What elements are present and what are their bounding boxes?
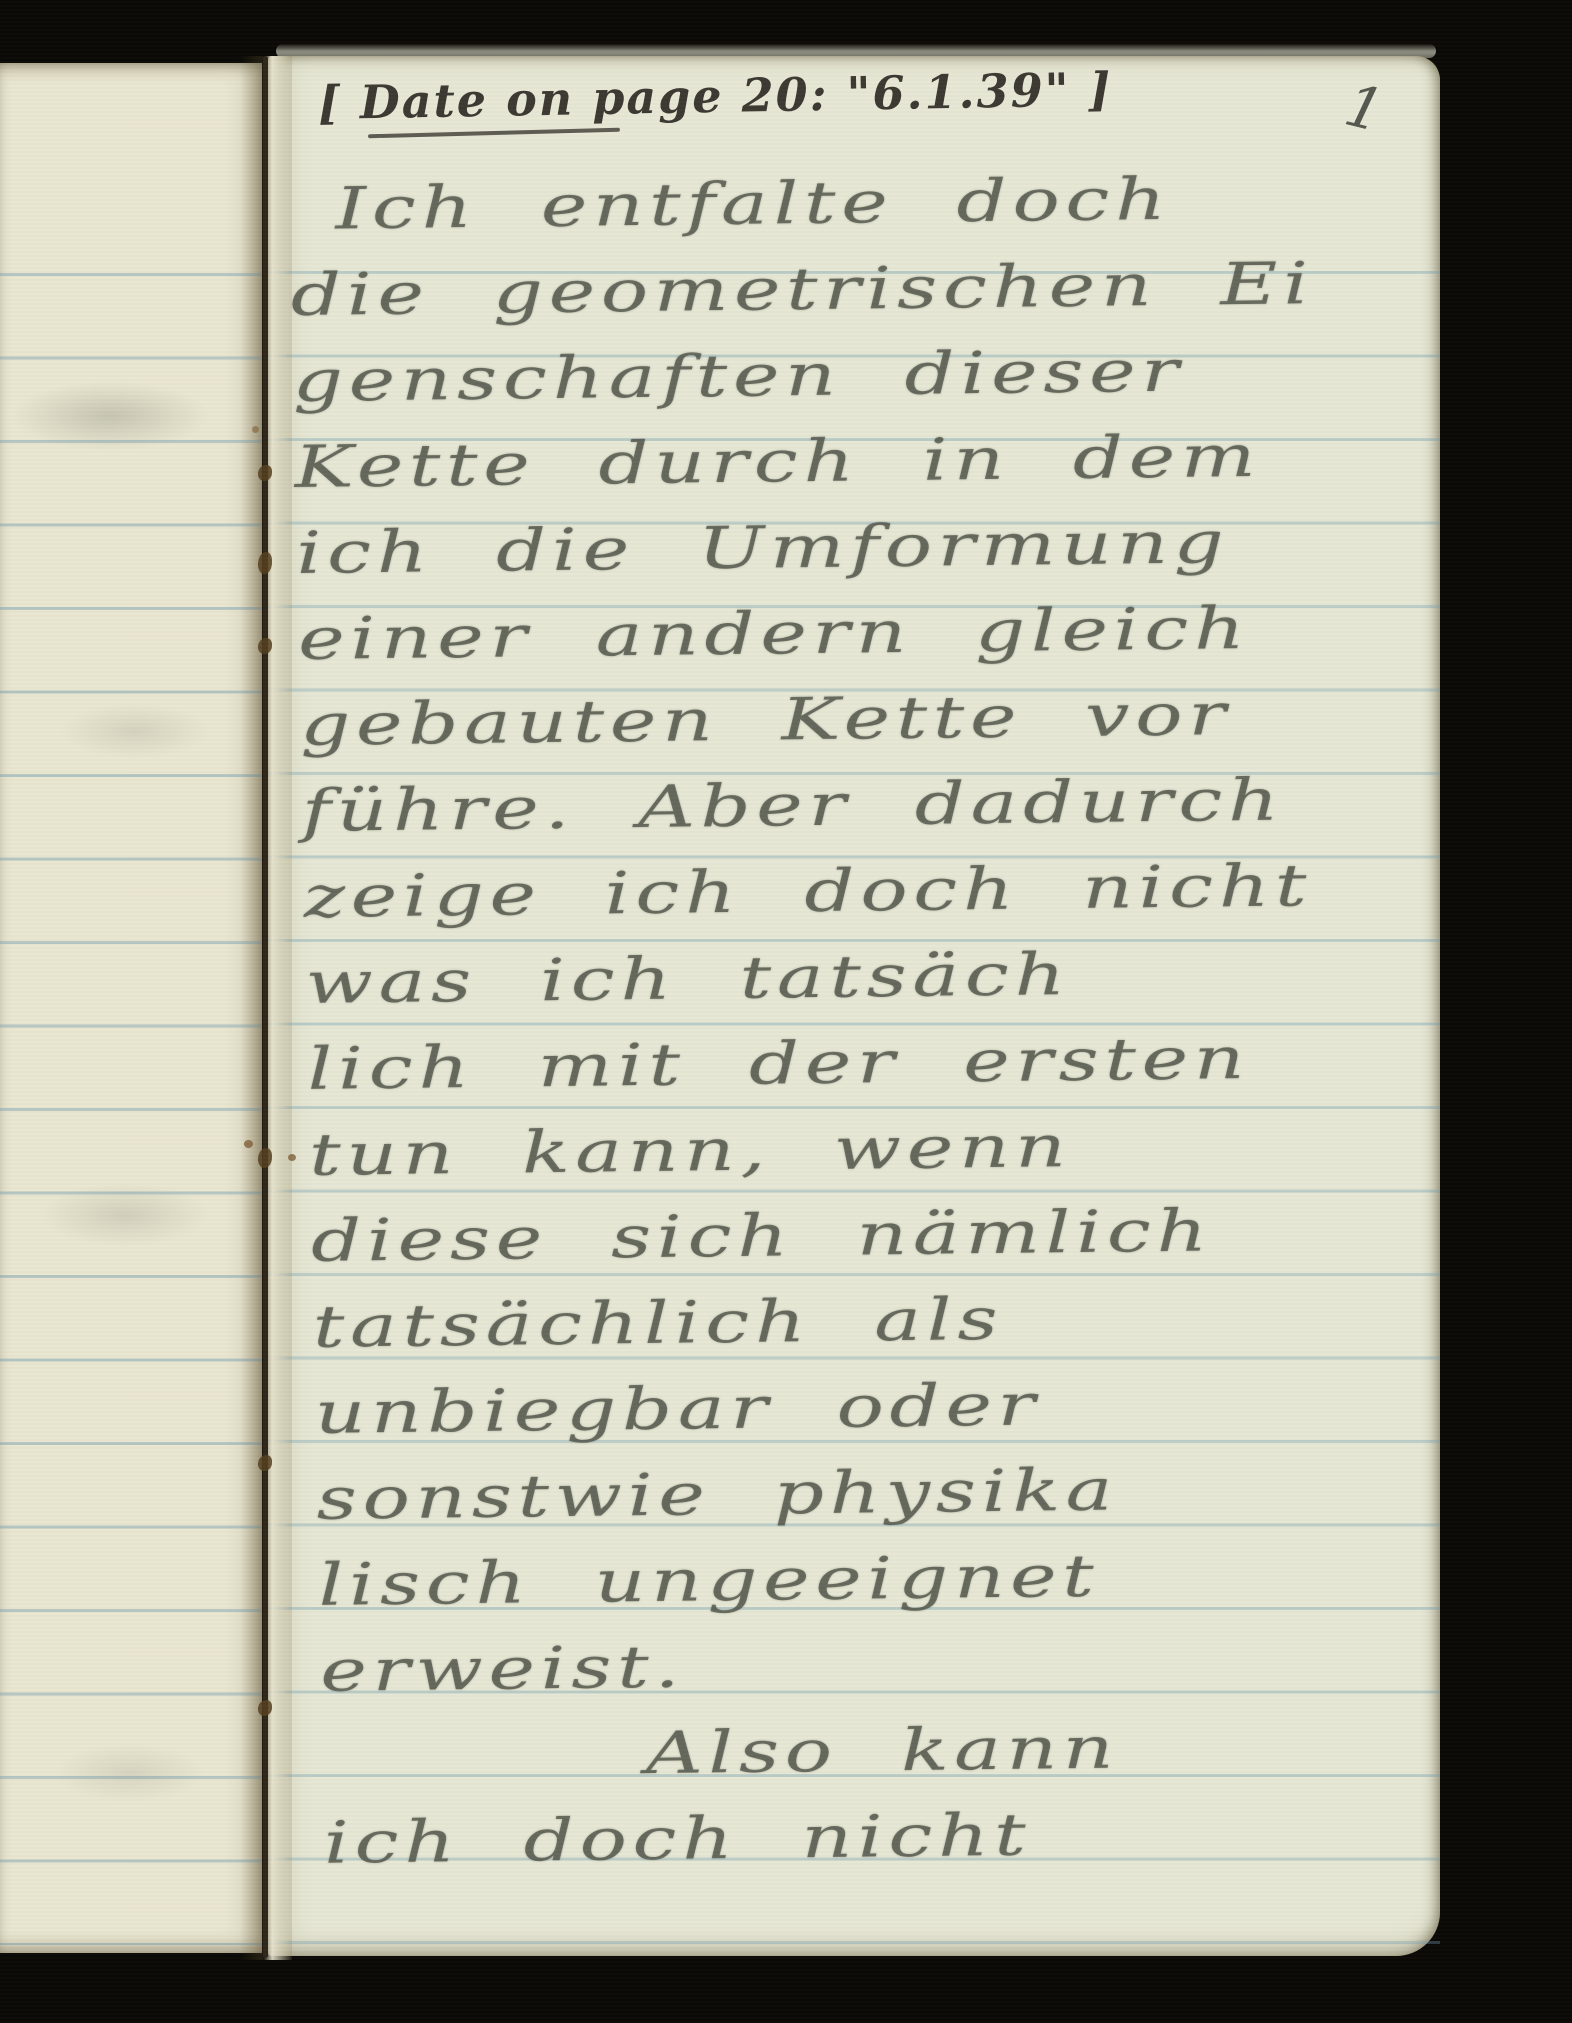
- manuscript-line: genschaften dieser: [292, 324, 1463, 423]
- left-page: [0, 63, 262, 1953]
- show-through-smudge: [10, 381, 210, 451]
- manuscript-line: sonstwie physika: [316, 1442, 1487, 1541]
- manuscript-line: Also kann: [645, 1700, 1493, 1796]
- show-through-smudge: [55, 1743, 205, 1803]
- show-through-smudge: [60, 703, 210, 759]
- manuscript-line: tatsächlich als: [312, 1270, 1483, 1369]
- binding-crease-line: [263, 56, 268, 1958]
- manuscript-line: einer andern gleich: [297, 582, 1468, 681]
- header-annotation: [ Date on page 20: "6.1.39" ]: [317, 49, 1113, 143]
- foxing-spot: [244, 1140, 253, 1148]
- notebook-scan: [ Date on page 20: "6.1.39" ] 1 Ich entf…: [0, 0, 1572, 2023]
- manuscript-line: Kette durch in dem: [294, 410, 1465, 509]
- manuscript-line: ich die Umformung: [295, 496, 1466, 595]
- manuscript-text: Ich entfalte doch die geometrischen Ei g…: [288, 152, 1494, 1885]
- left-page-ruled-lines: [0, 273, 262, 1945]
- manuscript-line: lisch ungeeignet: [317, 1528, 1488, 1627]
- manuscript-line: tun kann, wenn: [308, 1098, 1479, 1197]
- manuscript-line: was ich tatsäch: [305, 926, 1476, 1025]
- show-through-smudge: [40, 1183, 210, 1247]
- manuscript-line: diese sich nämlich: [310, 1184, 1481, 1283]
- foxing-spot: [288, 1154, 296, 1161]
- manuscript-line: lich mit der ersten: [306, 1012, 1477, 1111]
- manuscript-line: die geometrischen Ei: [290, 238, 1461, 337]
- manuscript-line: ich doch nicht: [323, 1786, 1494, 1885]
- manuscript-line: unbiegbar oder: [314, 1356, 1485, 1455]
- manuscript-line: gebauten Kette vor: [299, 668, 1470, 767]
- manuscript-line: Ich entfalte doch: [334, 152, 1459, 251]
- manuscript-line: zeige ich doch nicht: [303, 840, 1474, 939]
- manuscript-line: führe. Aber dadurch: [301, 754, 1472, 853]
- manuscript-line: erweist.: [319, 1614, 1490, 1713]
- foxing-spot: [252, 426, 259, 433]
